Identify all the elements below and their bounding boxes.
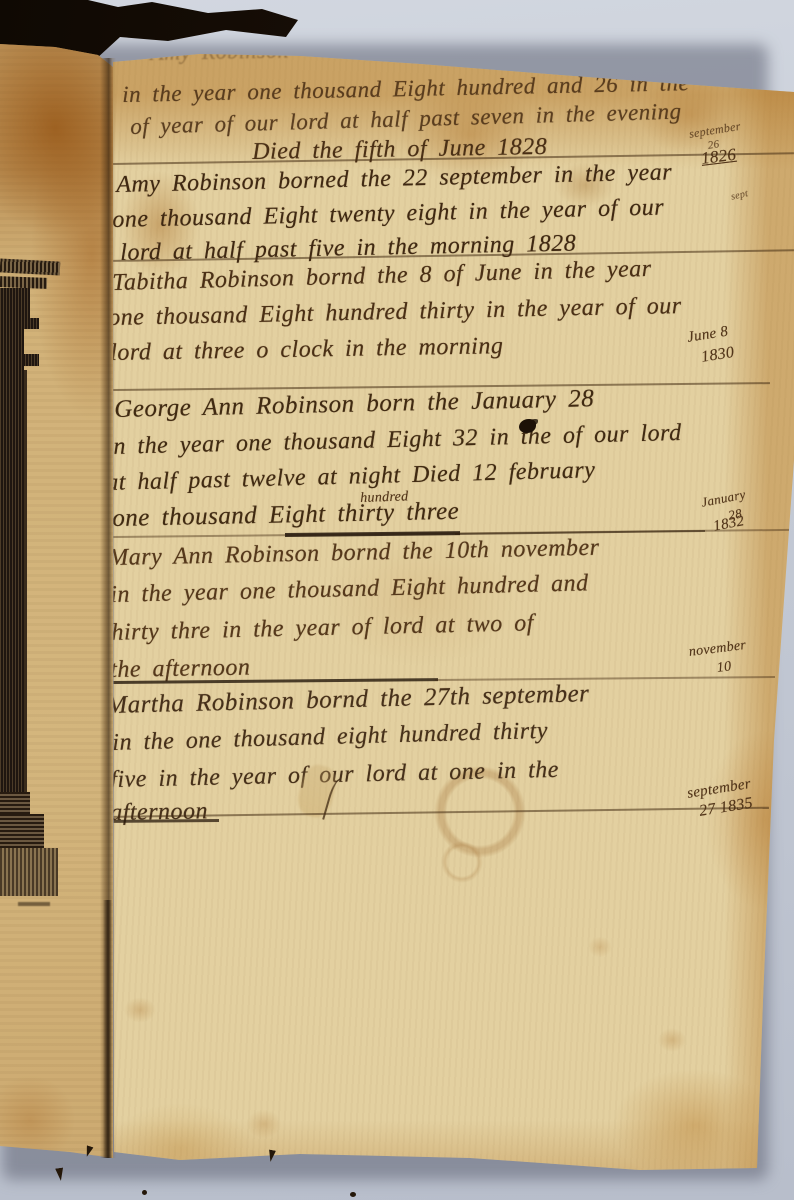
gutter-crease-shadow [103,900,112,1158]
handwritten-line: one thousand Eight hundred thirty in the… [108,293,682,332]
column-plinth [0,848,58,896]
handwritten-line: lord at three o clock in the morning [110,333,504,367]
handwritten-line: Mary Ann Robinson bornd the 10th novembe… [108,535,600,572]
handwritten-line: one thousand Eight twenty eight in the y… [112,194,664,234]
paper-speck [142,1190,147,1195]
handwritten-line: at half past twelve at night Died 12 feb… [106,457,596,497]
handwritten-line: afternoon [110,798,208,827]
margin-date-note: 1830 [700,344,736,367]
margin-date-note: 1826 [700,145,737,169]
column-bracket [24,318,39,329]
handwritten-line: in the year one thousand Eight 32 in the… [106,420,682,461]
handwritten-line: thirty thre in the year of lord at two o… [104,610,534,647]
margin-date-note: november [688,638,747,661]
margin-date-note: 10 [716,659,732,677]
engraved-column-illustration [0,252,80,912]
column-cornice-icon [0,276,47,289]
ruled-line [285,531,460,536]
handwritten-line: Martha Robinson bornd the 27th september [106,680,590,720]
ruled-line [435,676,775,680]
margin-date-note: 1832 [712,513,746,536]
margin-date-note: June 8 [686,324,730,347]
handwritten-line: one thousand Eight thirty three [112,498,460,533]
column-base [0,814,44,848]
handwritten-line: in the one thousand eight hundred thirty [112,718,548,757]
engraver-caption-scribble [18,902,50,906]
column-shaft [0,292,24,814]
photo-of-register-page: Amy Robinson in the year one thousand Ei… [0,0,794,1200]
handwritten-line: George Ann Robinson born the January 28 [114,385,595,424]
column-cornice-icon [0,258,60,275]
register-page: Amy Robinson in the year one thousand Ei… [0,0,794,1200]
handwritten-line: in the year one thousand Eight hundred a… [110,570,589,609]
column-capital-ring [0,792,30,814]
handwritten-line: Amy Robinson borned the 22 september in … [116,159,672,199]
margin-date-note: sept [730,188,749,203]
paper-speck [350,1192,356,1197]
column-edge-line [24,370,27,814]
column-bracket [22,354,39,366]
